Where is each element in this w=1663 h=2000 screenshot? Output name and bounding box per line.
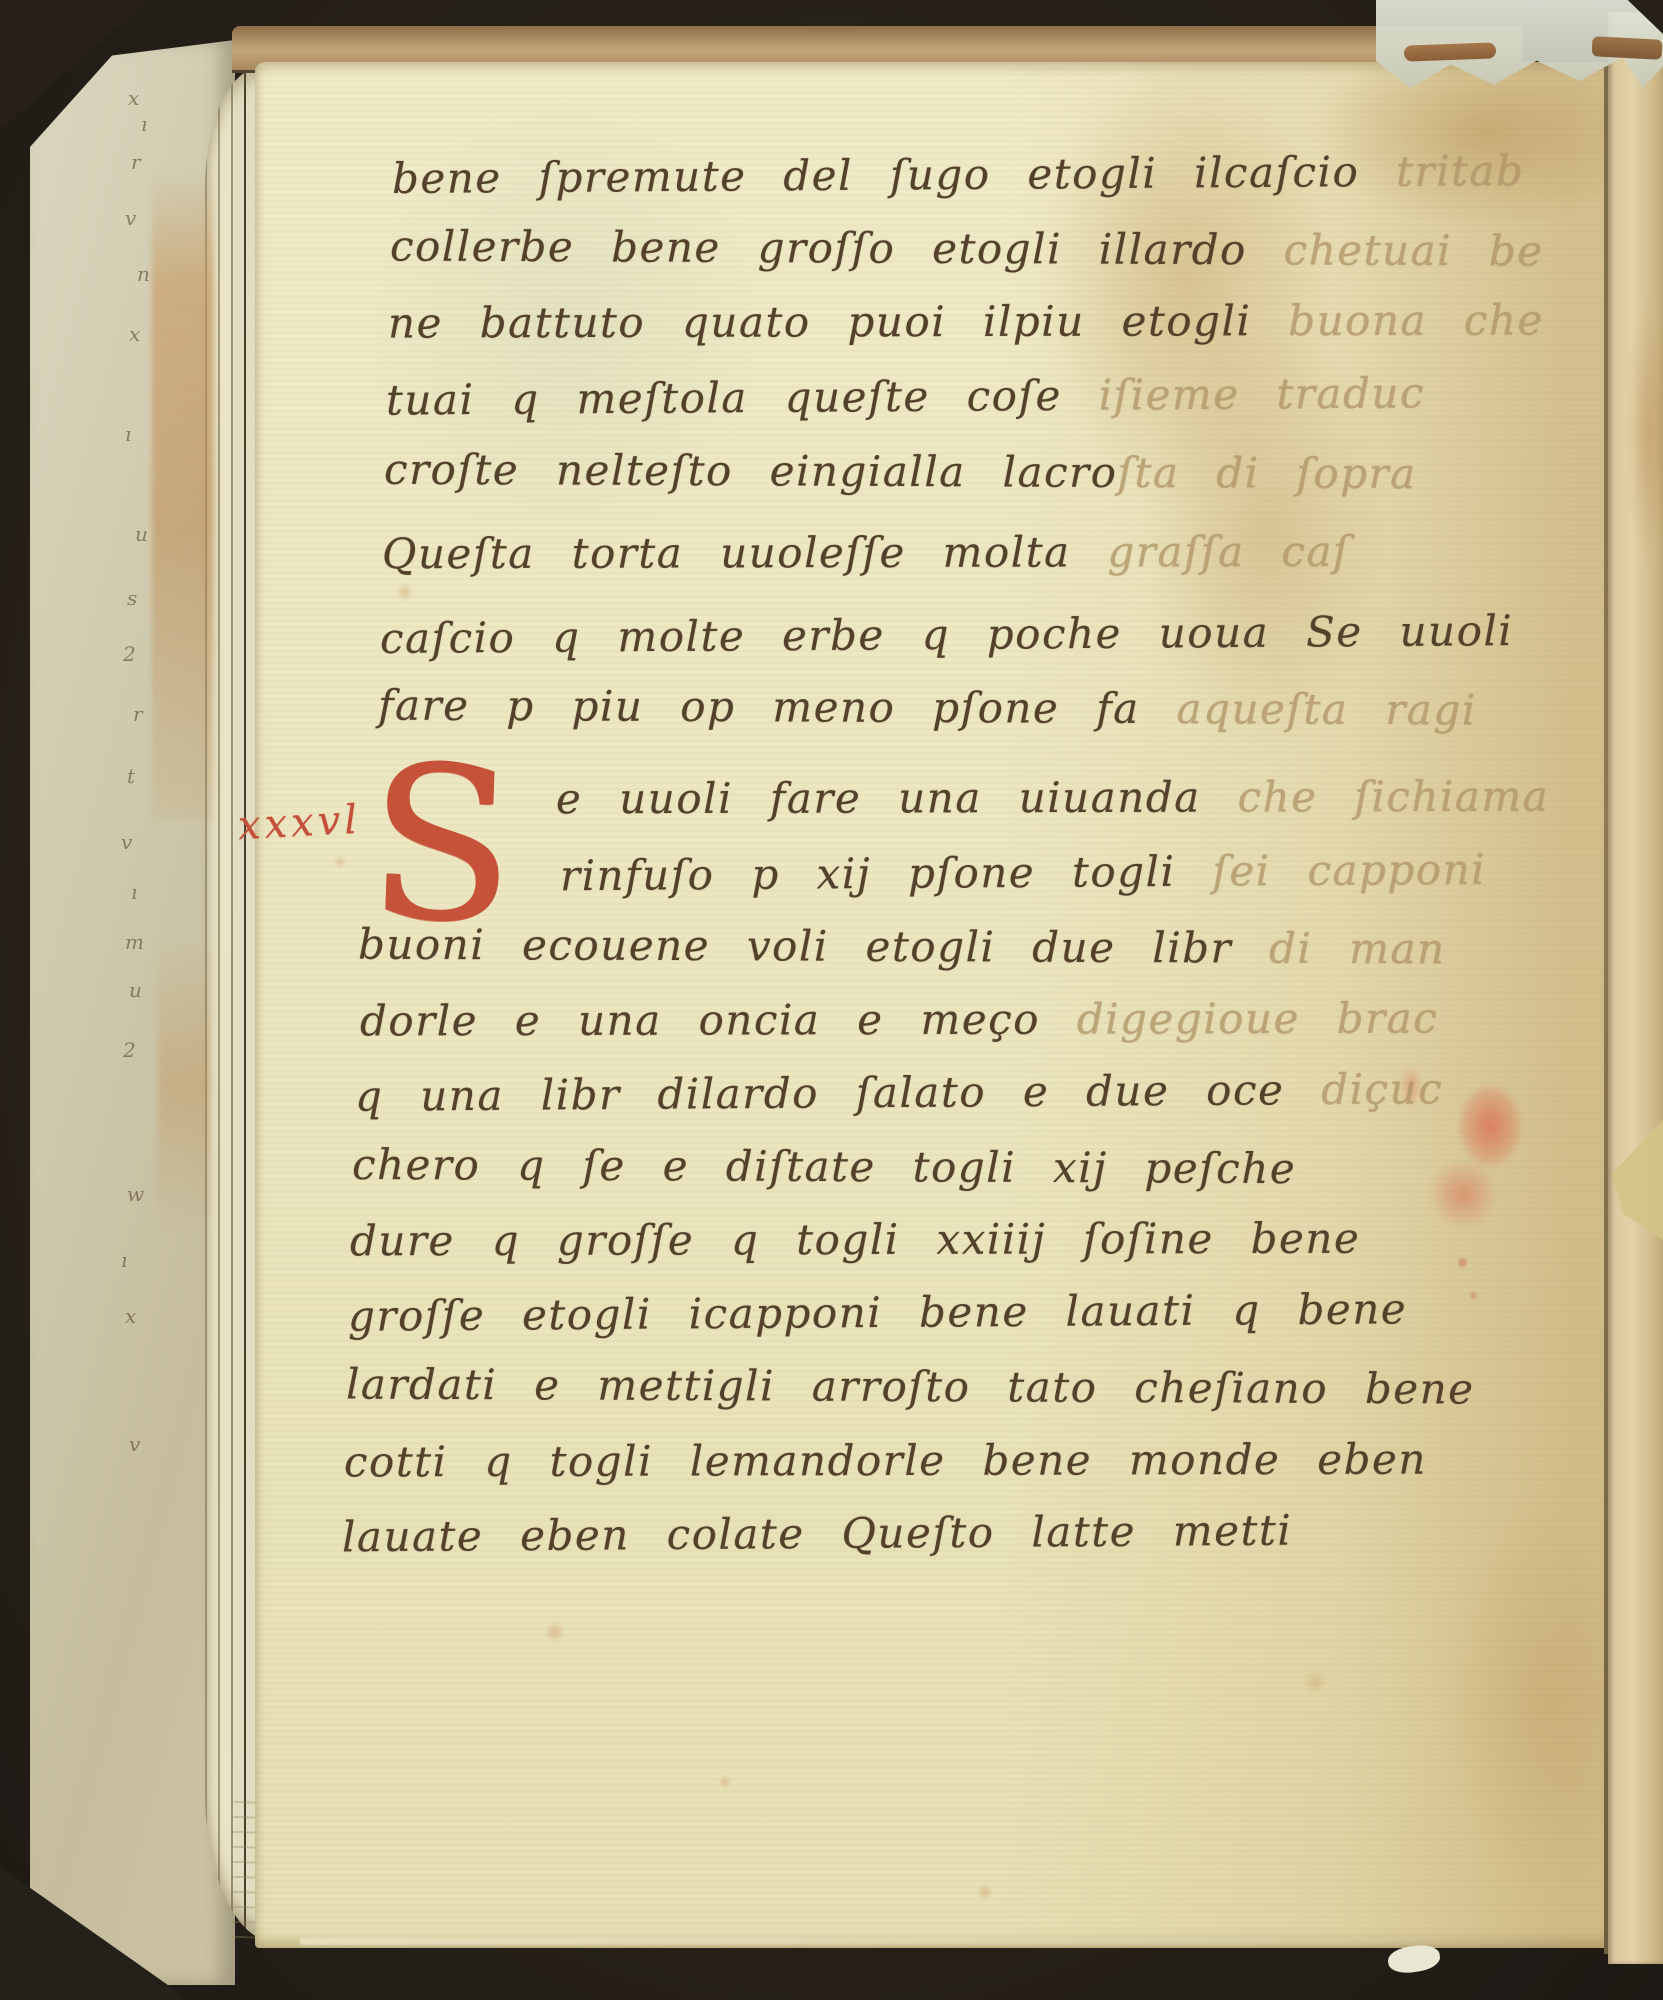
- text-segment-faded: ſta di ſopra: [1117, 448, 1417, 498]
- manuscript-line: caſcio q molte erbe q poche uoua Se uuol…: [380, 606, 1514, 663]
- text-segment-dark: cotti q togli lemandorle bene monde eben: [344, 1435, 1427, 1487]
- text-segment-faded: che ſichiama: [1238, 772, 1550, 822]
- manuscript-line: lardati e mettigli arroſto tato cheſiano…: [346, 1360, 1475, 1414]
- manuscript-line: chero q ſe e diſtate togli xij peſche: [352, 1140, 1296, 1193]
- text-segment-dark: e uuoli fare una uiuanda: [556, 773, 1238, 824]
- fore-edge-mark: ı: [131, 880, 137, 904]
- text-segment-faded: graſſa caſ: [1107, 527, 1350, 577]
- text-segment-faded: digegioue brac: [1077, 994, 1439, 1044]
- fore-edge-mark: s: [127, 586, 137, 610]
- text-segment-faded: aqueſta ragi: [1177, 684, 1477, 734]
- page-fold-line: [1604, 66, 1608, 1954]
- manuscript-line: tuai q meſtola queſte coſe iſieme traduc: [386, 368, 1425, 424]
- manuscript-photo: xxxvl S bene ſpremute del ſugo etogli il…: [0, 0, 1663, 2000]
- rubric-initial-letter: S: [365, 750, 517, 940]
- fore-edge-mark: t: [127, 764, 135, 788]
- text-segment-faded: diçuc: [1321, 1064, 1443, 1114]
- text-segment-dark: caſcio q molte erbe q poche uoua Se uuol…: [380, 606, 1514, 663]
- next-page-edge: [1608, 12, 1663, 1964]
- text-segment-dark: chero q ſe e diſtate togli xij peſche: [352, 1140, 1296, 1193]
- text-segment-dark: lauate eben colate Queſto latte metti: [342, 1506, 1293, 1562]
- text-segment-dark: dure q groſſe q togli xxiiij ſoſine bene: [350, 1214, 1360, 1266]
- text-segment-dark: dorle e una oncia e meço: [360, 995, 1077, 1046]
- manuscript-line: ne battuto quato puoi ilpiu etogli buona…: [388, 295, 1544, 347]
- text-segment-dark: collerbe bene groſſo etogli illardo: [390, 221, 1284, 274]
- fore-edge-mark: u: [129, 978, 142, 1002]
- fore-edge-stain-lower: [158, 940, 210, 1230]
- red-ink-speck: [1458, 1258, 1467, 1267]
- manuscript-line: dorle e una oncia e meço digegioue brac: [360, 994, 1438, 1046]
- manuscript-line: Queſta torta uuoleſſe molta graſſa caſ: [382, 527, 1350, 579]
- fore-edge-mark: v: [125, 206, 136, 230]
- fore-edge-mark: 2: [123, 1038, 136, 1062]
- fore-edge-mark: ı: [121, 1248, 127, 1272]
- manuscript-line: collerbe bene groſſo etogli illardo chet…: [390, 221, 1544, 275]
- text-segment-dark: bene ſpremute del ſugo etogli ilcaſcio: [392, 147, 1396, 203]
- text-segment-dark: buoni ecouene voli etogli due libr: [358, 920, 1269, 973]
- fore-edge-mark: m: [125, 930, 144, 954]
- fore-edge-mark: ı: [141, 112, 147, 136]
- manuscript-line: q una libr dilardo ſalato e due oce diçu…: [355, 1064, 1443, 1121]
- text-segment-faded: iſieme traduc: [1099, 368, 1426, 419]
- manuscript-line: cotti q togli lemandorle bene monde eben: [344, 1435, 1427, 1487]
- text-segment-faded: di man: [1269, 924, 1446, 974]
- manuscript-line: fare p piu op meno pſone fa aqueſta ragi: [378, 681, 1477, 735]
- text-segment-faded: tritab: [1396, 146, 1525, 196]
- fore-edge-mark: v: [129, 1432, 140, 1456]
- fore-edge-mark: ı: [125, 422, 131, 446]
- fore-edge-mark: x: [128, 86, 139, 110]
- manuscript-line: e uuoli fare una uiuanda che ſichiama: [556, 772, 1549, 824]
- fore-edge-mark: v: [121, 830, 132, 854]
- manuscript-line: buoni ecouene voli etogli due libr di ma…: [358, 920, 1446, 974]
- fore-edge-mark: u: [135, 522, 148, 546]
- red-ink-speck-2: [1470, 1292, 1477, 1299]
- manuscript-line: bene ſpremute del ſugo etogli ilcaſcio t…: [392, 146, 1525, 203]
- fore-edge-mark: r: [131, 150, 141, 174]
- text-segment-dark: lardati e mettigli arroſto tato cheſiano…: [346, 1360, 1475, 1414]
- text-segment-dark: ne battuto quato puoi ilpiu etogli: [388, 296, 1288, 347]
- page-bottom-edge: [300, 1938, 1600, 1945]
- text-segment-dark: tuai q meſtola queſte coſe: [386, 371, 1099, 425]
- fore-edge-mark: n: [137, 262, 150, 286]
- fore-edge-stain: [152, 168, 214, 818]
- text-segment-faded: buona che: [1288, 295, 1544, 345]
- manuscript-line: rinfuſo p xij pſone togli ſei capponi: [560, 845, 1486, 900]
- manuscript-line: lauate eben colate Queſto latte metti: [342, 1506, 1293, 1562]
- manuscript-line: groſſe etogli icapponi bene lauati q ben…: [348, 1284, 1407, 1340]
- manuscript-line: dure q groſſe q togli xxiiij ſoſine bene: [350, 1214, 1360, 1266]
- text-segment-dark: q una libr dilardo ſalato e due oce: [355, 1065, 1322, 1121]
- text-segment-dark: fare p piu op meno pſone fa: [378, 681, 1177, 733]
- tape-wood-fragment: [1404, 42, 1497, 61]
- text-segment-dark: rinfuſo p xij pſone togli: [560, 847, 1213, 901]
- fore-edge-mark: 2: [123, 642, 136, 666]
- text-segment-dark: Queſta torta uuoleſſe molta: [382, 527, 1108, 578]
- text-segment-dark: groſſe etogli icapponi bene lauati q ben…: [348, 1284, 1407, 1340]
- fore-edge-mark: x: [129, 322, 140, 346]
- fore-edge-mark: x: [125, 1304, 136, 1328]
- fore-edge-mark: w: [127, 1182, 144, 1206]
- text-segment-faded: ſei capponi: [1212, 845, 1486, 896]
- text-segment-faded: chetuai be: [1284, 225, 1544, 275]
- tape-wood-fragment-2: [1592, 36, 1663, 60]
- fore-edge-mark: r: [133, 702, 143, 726]
- chapter-number-marginal: xxxvl: [237, 797, 362, 849]
- manuscript-line: croſte nelteſto eingialla lacroſta di ſo…: [384, 445, 1417, 499]
- text-segment-dark: croſte nelteſto eingialla lacro: [384, 445, 1118, 497]
